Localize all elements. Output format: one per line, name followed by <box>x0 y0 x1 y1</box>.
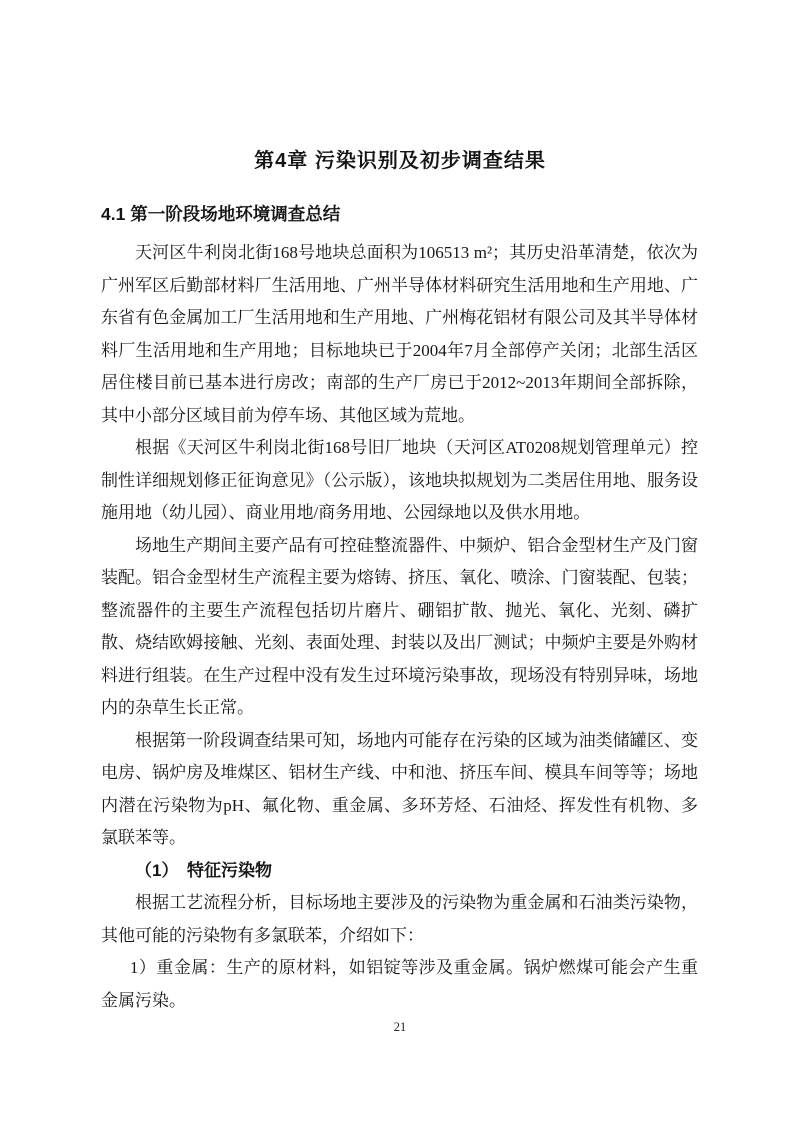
paragraph-pollutant-analysis: 根据工艺流程分析，目标场地主要涉及的污染物为重金属和石油类污染物，其他可能的污染… <box>101 887 698 952</box>
paragraph-heavy-metals: 1）重金属：生产的原材料，如铝锭等涉及重金属。锅炉燃煤可能会产生重金属污染。 <box>101 952 698 1017</box>
paragraph-site-history: 天河区牛利岗北街168号地块总面积为106513 m²；其历史沿革清楚，依次为广… <box>101 237 698 432</box>
paragraph-production: 场地生产期间主要产品有可控硅整流器件、中频炉、铝合金型材生产及门窗装配。铝合金型… <box>101 530 698 725</box>
page-number: 21 <box>0 1020 800 1035</box>
body-text: 天河区牛利岗北街168号地块总面积为106513 m²；其历史沿革清楚，依次为广… <box>101 237 698 1017</box>
section-heading: 4.1 第一阶段场地环境调查总结 <box>101 201 698 226</box>
paragraph-pollution-areas: 根据第一阶段调查结果可知，场地内可能存在污染的区域为油类储罐区、变电房、锅炉房及… <box>101 725 698 855</box>
chapter-title: 第4章 污染识别及初步调查结果 <box>0 144 800 173</box>
sub-heading-characteristic-pollutants: （1） 特征污染物 <box>101 855 698 888</box>
document-page: 第4章 污染识别及初步调查结果 4.1 第一阶段场地环境调查总结 天河区牛利岗北… <box>0 0 800 1131</box>
paragraph-planning: 根据《天河区牛利岗北街168号旧厂地块（天河区AT0208规划管理单元）控制性详… <box>101 432 698 530</box>
